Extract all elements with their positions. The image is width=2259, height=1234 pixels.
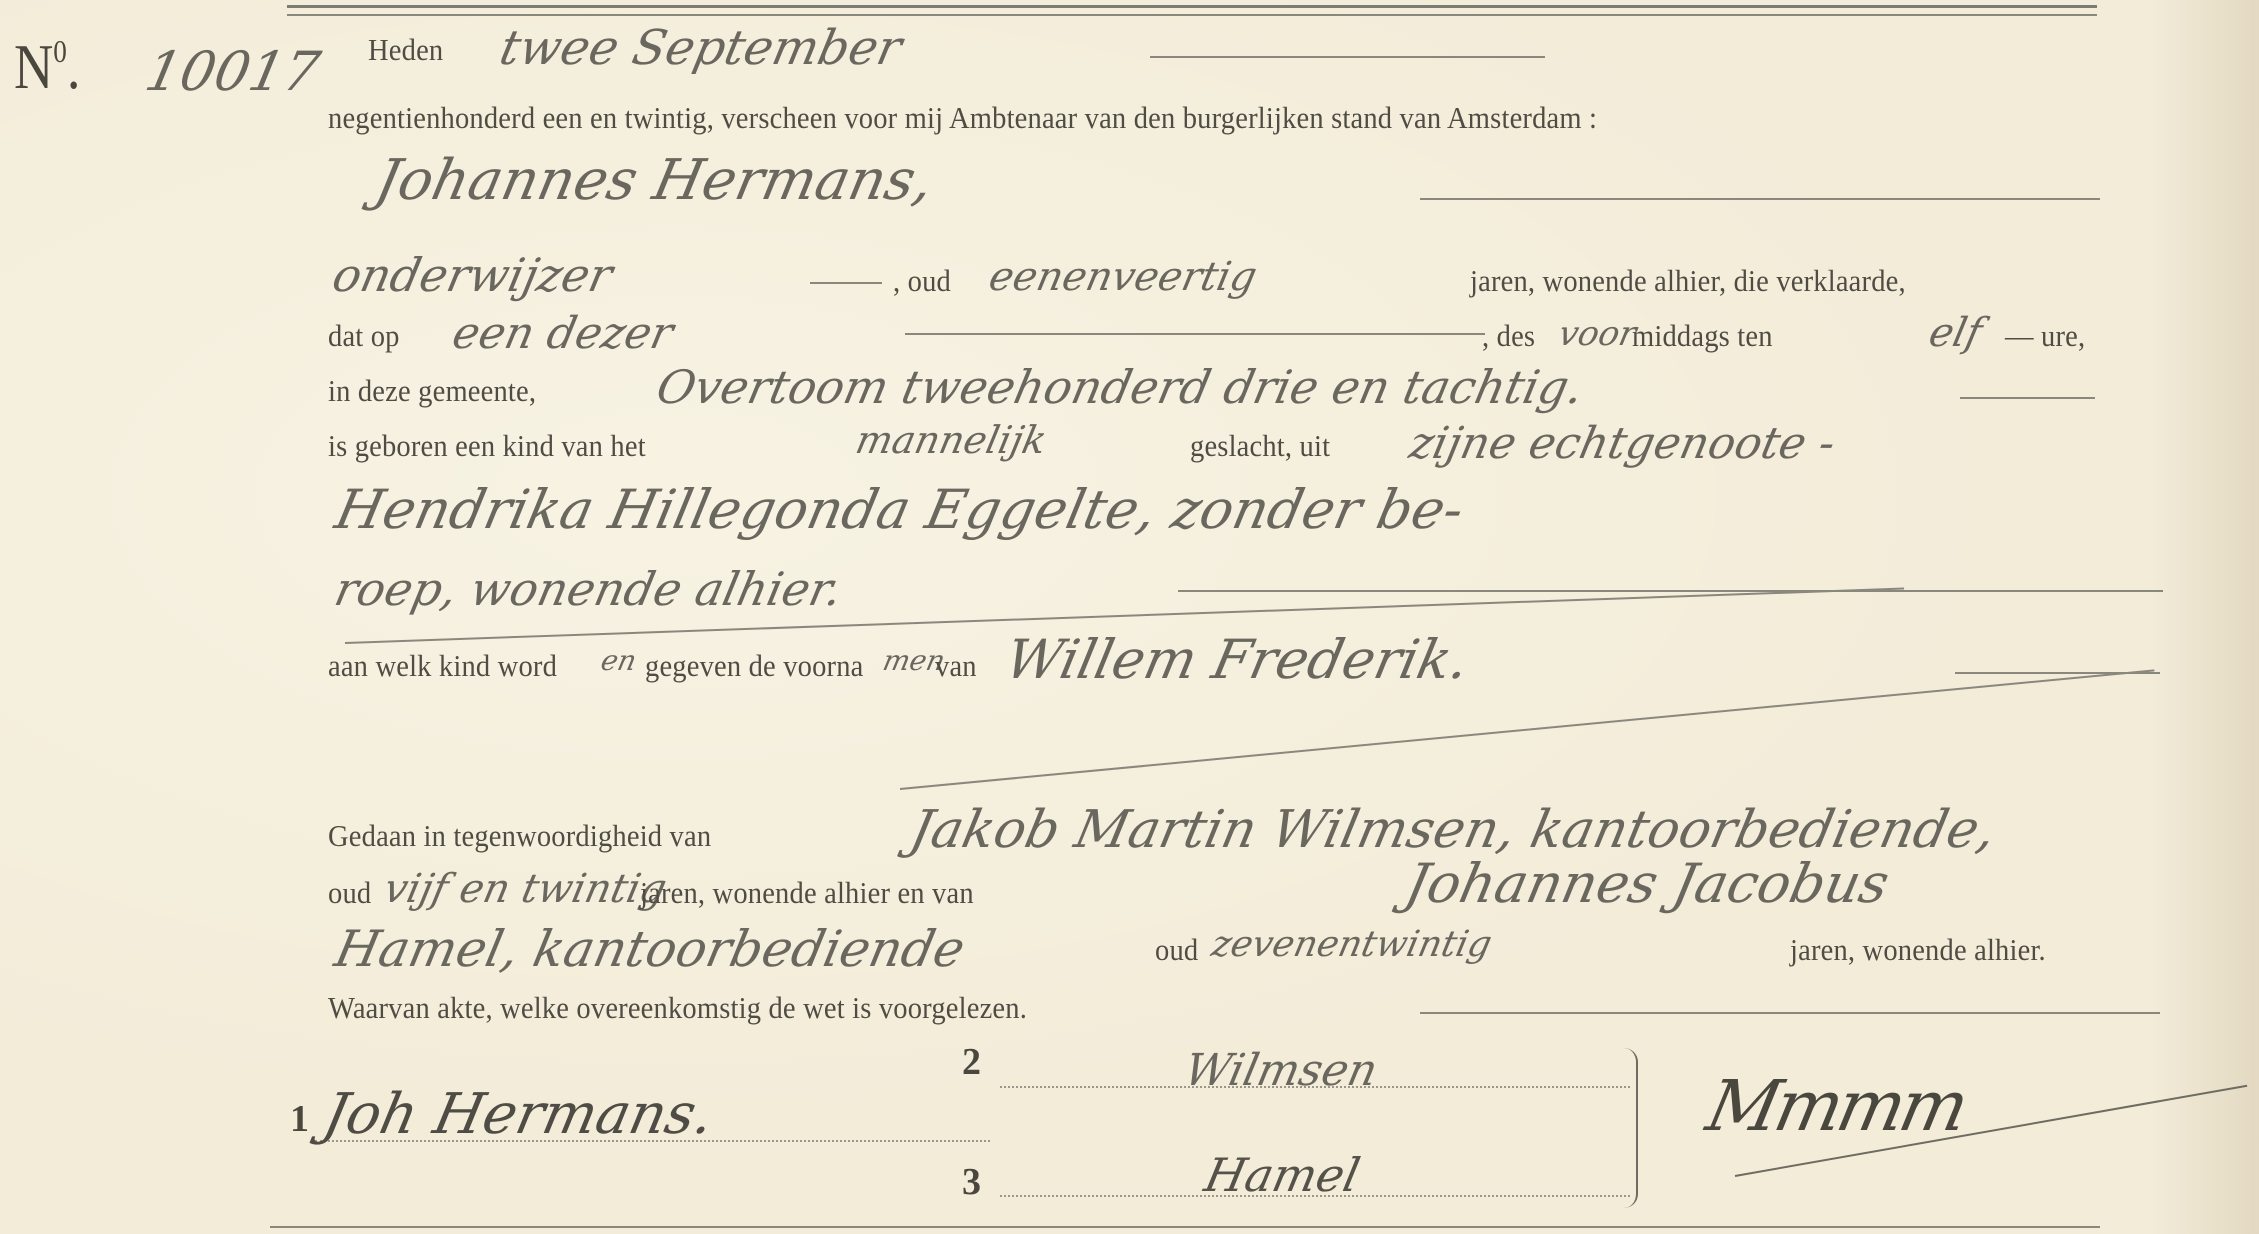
hand-voor: voor (1555, 314, 1640, 354)
printed-heden: Heden (368, 32, 443, 68)
signature-label-2: 2 (962, 1040, 981, 1084)
printed-middags: middags ten (1632, 318, 1773, 354)
printed-oud: , oud (893, 263, 951, 299)
hand-witness2-cont: Hamel, kantoorbediende (330, 920, 970, 978)
hand-mother-intro: zijne echtgenoote - (1405, 418, 1840, 469)
signature-witness1: Wilmsen (1180, 1045, 1382, 1096)
printed-datop: dat op (328, 318, 400, 354)
hand-child-given-names: Willem Frederik. (1000, 628, 1475, 691)
printed-oud: oud (328, 875, 371, 911)
hand-witness2: Johannes Jacobus (1400, 852, 1895, 915)
hand-mother-residence: roep, wonende alhier. (330, 562, 847, 616)
hand-en: en (598, 644, 640, 677)
printed-des: , des (1482, 318, 1535, 354)
printed-gegeven: gegeven de voorna (645, 648, 864, 684)
bottom-border-rule (270, 1226, 2100, 1228)
signature-witness2: Hamel (1200, 1148, 1365, 1202)
printed-gemeente: in deze gemeente, (328, 373, 536, 409)
top-border-rule (287, 5, 2097, 8)
hand-date: twee September (495, 20, 907, 76)
hand-occupation: onderwijzer (328, 248, 617, 302)
fill-rule (1420, 1012, 2160, 1014)
hand-declarant-age: eenenveertig (985, 254, 1261, 300)
printed-van: van (935, 648, 977, 684)
hand-declarant-name: Johannes Hermans, (370, 148, 939, 213)
printed-line12-rest: jaren, wonende alhier en van (640, 875, 974, 911)
fill-rule (1178, 590, 2163, 592)
printed-line13-rest: jaren, wonende alhier. (1790, 932, 2046, 968)
printed-waarvan: Waarvan akte, welke overeenkomstig de we… (328, 990, 1027, 1026)
printed-line4-rest: jaren, wonende alhier, die verklaarde, (1470, 263, 1906, 299)
fill-rule (1150, 56, 1545, 58)
hand-birth-hour: elf (1925, 310, 1986, 356)
printed-oud: oud (1155, 932, 1198, 968)
hand-birth-address: Overtoom tweehonderd drie en tachtig. (652, 360, 1589, 414)
hand-mother-name: Hendrika Hillegonda Eggelte, zonder be- (330, 478, 1469, 541)
signature-label-1: 1 (290, 1097, 309, 1141)
signature-bracket (1622, 1048, 1638, 1208)
printed-geslacht: geslacht, uit (1190, 428, 1330, 464)
signature-declarant: Joh Hermans. (318, 1082, 720, 1147)
printed-geboren: is geboren een kind van het (328, 428, 646, 464)
top-border-rule-inner (287, 14, 2097, 16)
signature-label-3: 3 (962, 1160, 981, 1204)
hand-birth-day: een dezer (448, 308, 678, 359)
hand-witness1-age: vijf en twintig (380, 866, 671, 912)
fill-rule (1420, 198, 2100, 200)
printed-aan-welk-kind: aan welk kind word (328, 648, 557, 684)
signature-official: Mmmm (1700, 1065, 1972, 1147)
printed-ure: — ure, (2005, 318, 2085, 354)
record-number-label: N0. (14, 30, 80, 104)
hand-child-sex: mannelijk (852, 418, 1051, 462)
fill-rule (1960, 397, 2095, 399)
record-number: 10017 (140, 40, 325, 103)
hand-witness1: Jakob Martin Wilmsen, kantoorbediende, (905, 800, 2001, 860)
fill-rule (810, 282, 882, 284)
hand-witness2-age: zevenentwintig (1208, 924, 1495, 965)
printed-intro: negentienhonderd een en twintig, versche… (328, 100, 1597, 136)
printed-gedaan: Gedaan in tegenwoordigheid van (328, 818, 711, 854)
fill-rule (905, 333, 1485, 335)
